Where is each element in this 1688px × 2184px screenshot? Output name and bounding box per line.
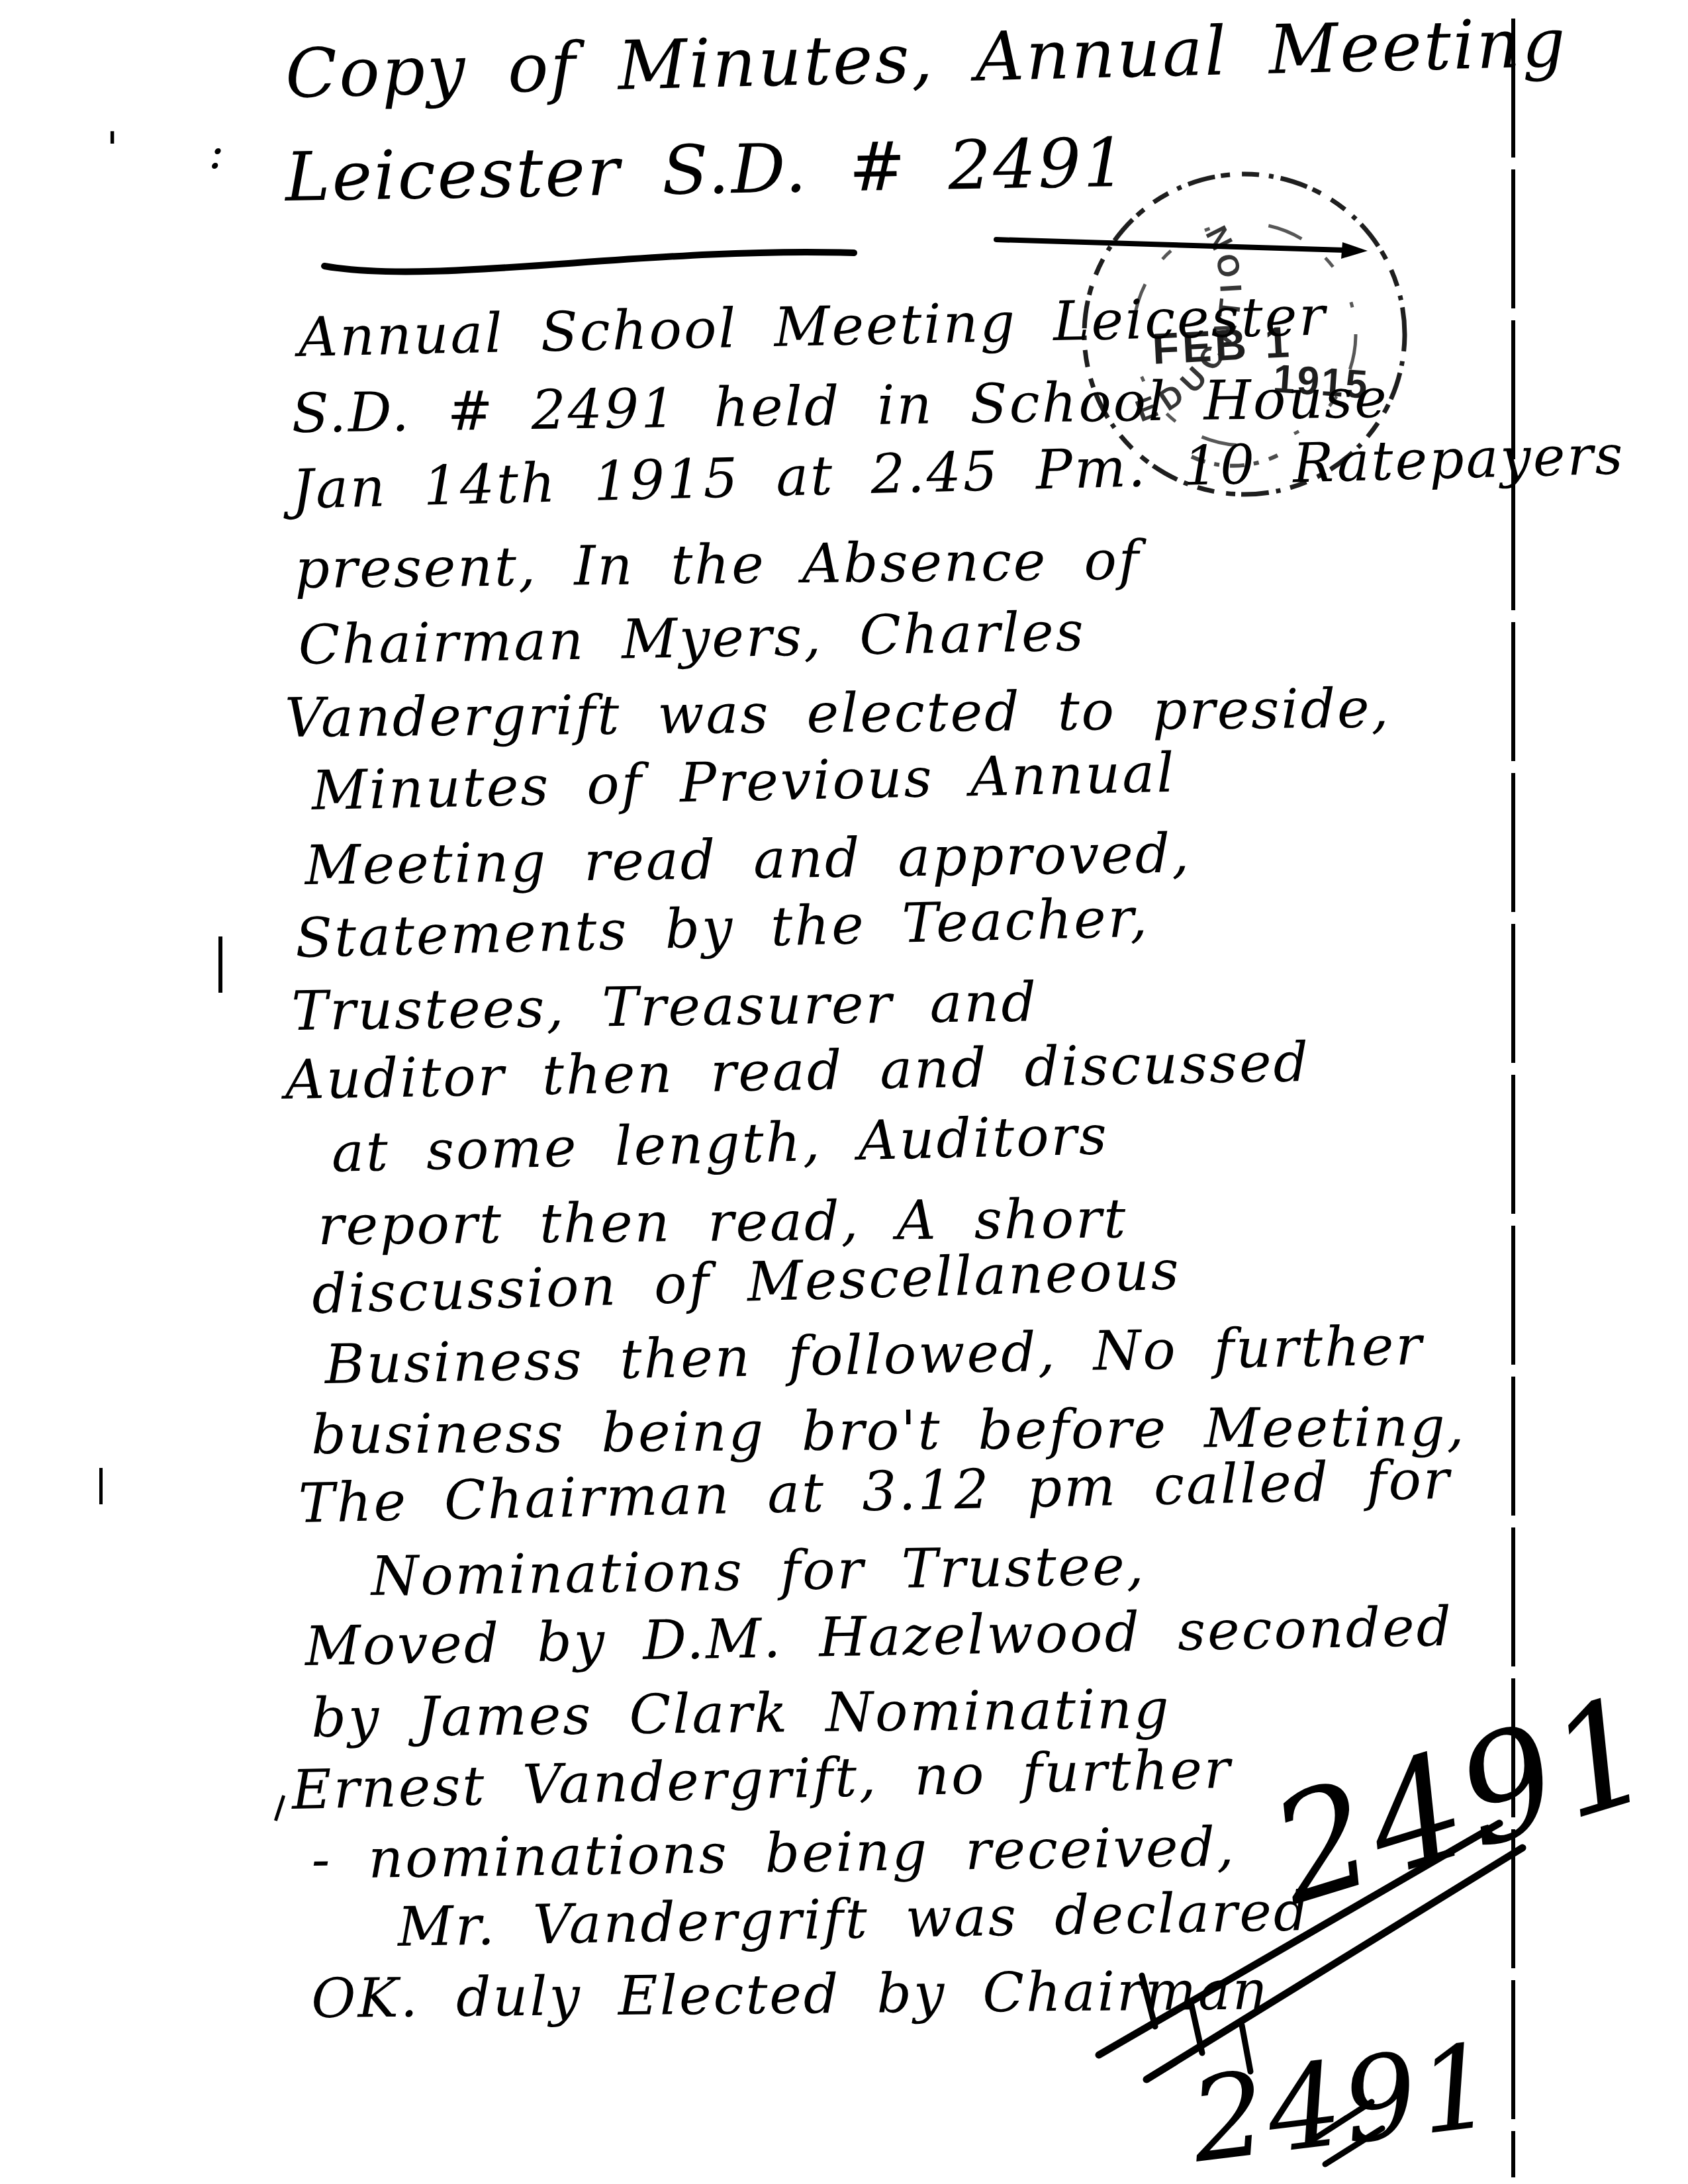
stamp-cross-arrowhead xyxy=(1341,242,1368,259)
ink-flourishes xyxy=(0,0,1688,2184)
strike-tick-3 xyxy=(1242,2025,1250,2071)
left-margin-dash xyxy=(218,936,222,993)
strike-tick-1 xyxy=(1142,1976,1155,2026)
header-underline-flourish xyxy=(324,252,854,272)
right-edge-rule xyxy=(1511,19,1515,2177)
strike-line-1 xyxy=(1099,1823,1499,2055)
scanned-minutes-page: ' : Copy of Minutes, Annual Meeting Leic… xyxy=(0,0,1688,2184)
corner-dash-1 xyxy=(1314,2102,1372,2139)
left-margin-dash xyxy=(99,1468,103,1504)
corner-dash-2 xyxy=(1325,2128,1382,2164)
stamp-cross-line xyxy=(996,240,1345,250)
